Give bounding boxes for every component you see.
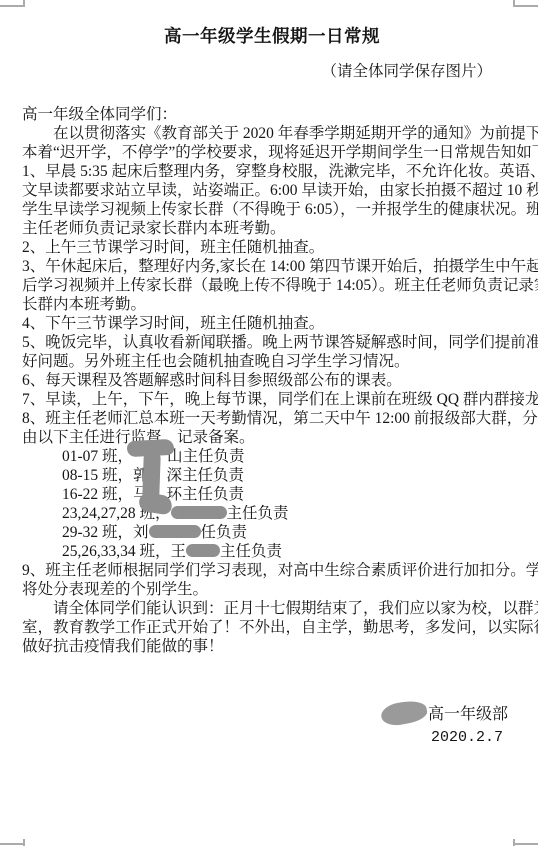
text-line: 室，教育教学工作正式开始了！不外出，自主学，勤思考，多发问，以实际行动 [22,618,522,637]
crop-mark-bottom-right [513,839,515,846]
document-content: 高一年级学生假期一日常规 （请全体同学保存图片） 高一年级全体同学们： 在以贯彻… [0,0,538,747]
text-line: 8、班主任老师汇总本班一天考勤情况，第二天中午 12:00 前报级部大群，分别 [22,409,522,428]
text-line: 做好抗击疫情我们能做的事！ [22,637,522,656]
duty-line-text: 主任负责 [220,542,282,561]
text-line: 6、每天课程及答题解惑时间科目参照级部公布的课表。 [22,371,522,390]
duty-line-text: 29-32 班，刘 [62,523,149,542]
redaction-blob [171,506,227,519]
crop-mark-top-right [513,0,515,7]
duty-line-text: 01-07 班， [62,447,133,466]
text-line: 好问题。另外班主任也会随机抽查晚自习学生学习情况。 [22,352,522,371]
signature: 高一年级部 [22,702,522,725]
text-line: 主任老师负责记录家长群内本班考勤。 [22,219,522,238]
duty-line-text: 山主任负责 [167,447,245,466]
crop-mark-bottom-left [23,839,25,846]
duty-line-text: 主任负责 [227,504,289,523]
redaction-blob [149,525,201,538]
crop-mark-top-right [513,5,538,7]
page-title: 高一年级学生假期一日常规 [22,26,522,47]
duty-line-text: 16-22 班，马 [62,485,149,504]
duty-line-text: 深主任负责 [167,466,245,485]
duty-line: 16-22 班，马环主任负责 [62,485,522,504]
crop-mark-bottom-left [0,843,25,845]
salutation: 高一年级全体同学们： [22,105,522,124]
signature-text: 高一年级部 [428,706,508,723]
text-line: 4、下午三节课学习时间，班主任随机抽查。 [22,314,522,333]
crop-mark-bottom-right [513,843,538,845]
crop-mark-top-left [0,5,25,7]
text-line: 在以贯彻落实《教育部关于 2020 年春季学期延期开学的通知》为前提下， [22,124,522,143]
text-line: 7、早读，上午，下午，晚上每节课，同学们在上课前在班级 QQ 群内群接龙签到。 [22,390,522,409]
text-line: 长群内本班考勤。 [22,295,522,314]
text-line: 请全体同学们能认识到：正月十七假期结束了，我们应以家为校，以群为教 [22,599,522,618]
closing-text: 9、班主任老师根据同学们学习表现，对高中生综合素质评价进行加扣分。学校将处分表现… [22,561,522,656]
duty-line: 29-32 班，刘任负责 [62,523,522,542]
text-line: 2、上午三节课学习时间，班主任随机抽查。 [22,238,522,257]
text-line: 本着“迟开学，不停学”的学校要求，现将延迟开学期间学生一日常规告知如下： [22,143,522,162]
text-line: 5、晚饭完毕，认真收看新闻联播。晚上两节课答疑解惑时间，同学们提前准备 [22,333,522,352]
duty-line-text: 25,26,33,34 班，王 [62,542,186,561]
duty-line: 23,24,27,28 班，主任负责 [62,504,522,523]
duty-line-text: 任负责 [201,523,248,542]
text-line: 由以下主任进行监督、记录备案。 [22,428,522,447]
body-text: 在以贯彻落实《教育部关于 2020 年春季学期延期开学的通知》为前提下，本着“迟… [22,124,522,447]
text-line: 学生早读学习视频上传家长群（不得晚于 6:05），一并报学生的健康状况。班 [22,200,522,219]
document-page: 高一年级学生假期一日常规 （请全体同学保存图片） 高一年级全体同学们： 在以贯彻… [0,0,538,846]
redaction-blob [186,544,220,557]
text-line: 将处分表现差的个别学生。 [22,580,522,599]
duty-line: 08-15 班，郭深主任负责 [62,466,522,485]
text-line: 后学习视频并上传家长群（最晚上传不得晚于 14:05）。班主任老师负责记录家 [22,276,522,295]
text-line: 9、班主任老师根据同学们学习表现，对高中生综合素质评价进行加扣分。学校 [22,561,522,580]
crop-mark-top-left [23,0,25,7]
text-line: 文早读都要求站立早读，站姿端正。6:00 早读开始，由家长拍摄不超过 10 秒的 [22,181,522,200]
subtitle: （请全体同学保存图片） [22,62,522,81]
duty-line: 25,26,33,34 班，王主任负责 [62,542,522,561]
date: 2020.2.7 [22,728,522,747]
text-line: 3、午休起床后，整理好内务,家长在 14:00 第四节课开始后，拍摄学生中午起床 [22,257,522,276]
duty-list: 01-07 班，山主任负责08-15 班，郭深主任负责16-22 班，马环主任负… [22,447,522,561]
text-line: 1、早晨 5:35 起床后整理内务，穿整身校服，洗漱完毕，不允许化妆。英语、语 [22,162,522,181]
redaction-blob [379,698,428,728]
duty-line-text: 08-15 班，郭 [62,466,149,485]
duty-line-text: 环主任负责 [167,485,245,504]
